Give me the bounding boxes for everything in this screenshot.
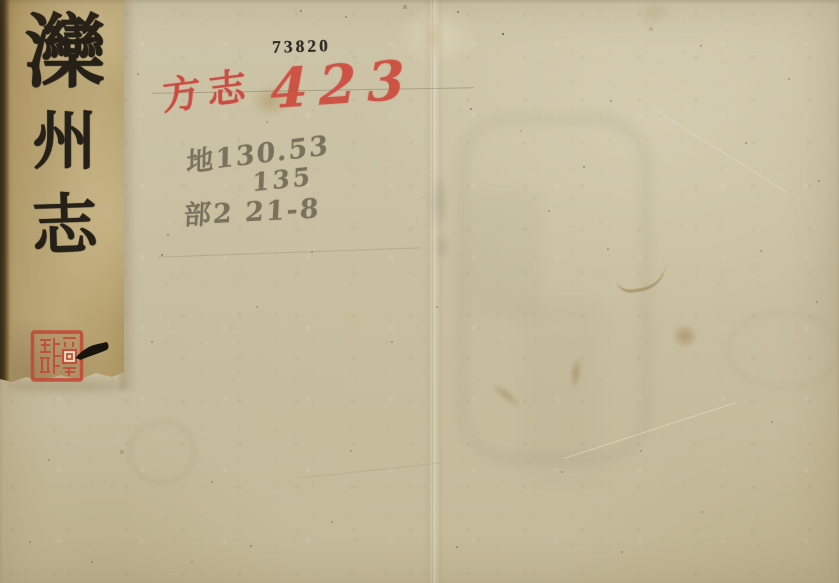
show-through-ghost-column	[520, 300, 600, 480]
volume-one-mark	[73, 339, 113, 365]
title-char-1: 灤	[25, 12, 105, 92]
book-cover-scan: 灤 州 志 73820 方志 423 地130.53 135 部2 21-8	[0, 0, 839, 583]
pencil-note-3: 部2 21-8	[183, 186, 322, 232]
red-classification-number: 423	[264, 46, 421, 121]
title-char-3: 志	[31, 191, 99, 259]
red-classification-text: 方志	[162, 54, 254, 121]
title-char-2: 州	[33, 110, 97, 174]
